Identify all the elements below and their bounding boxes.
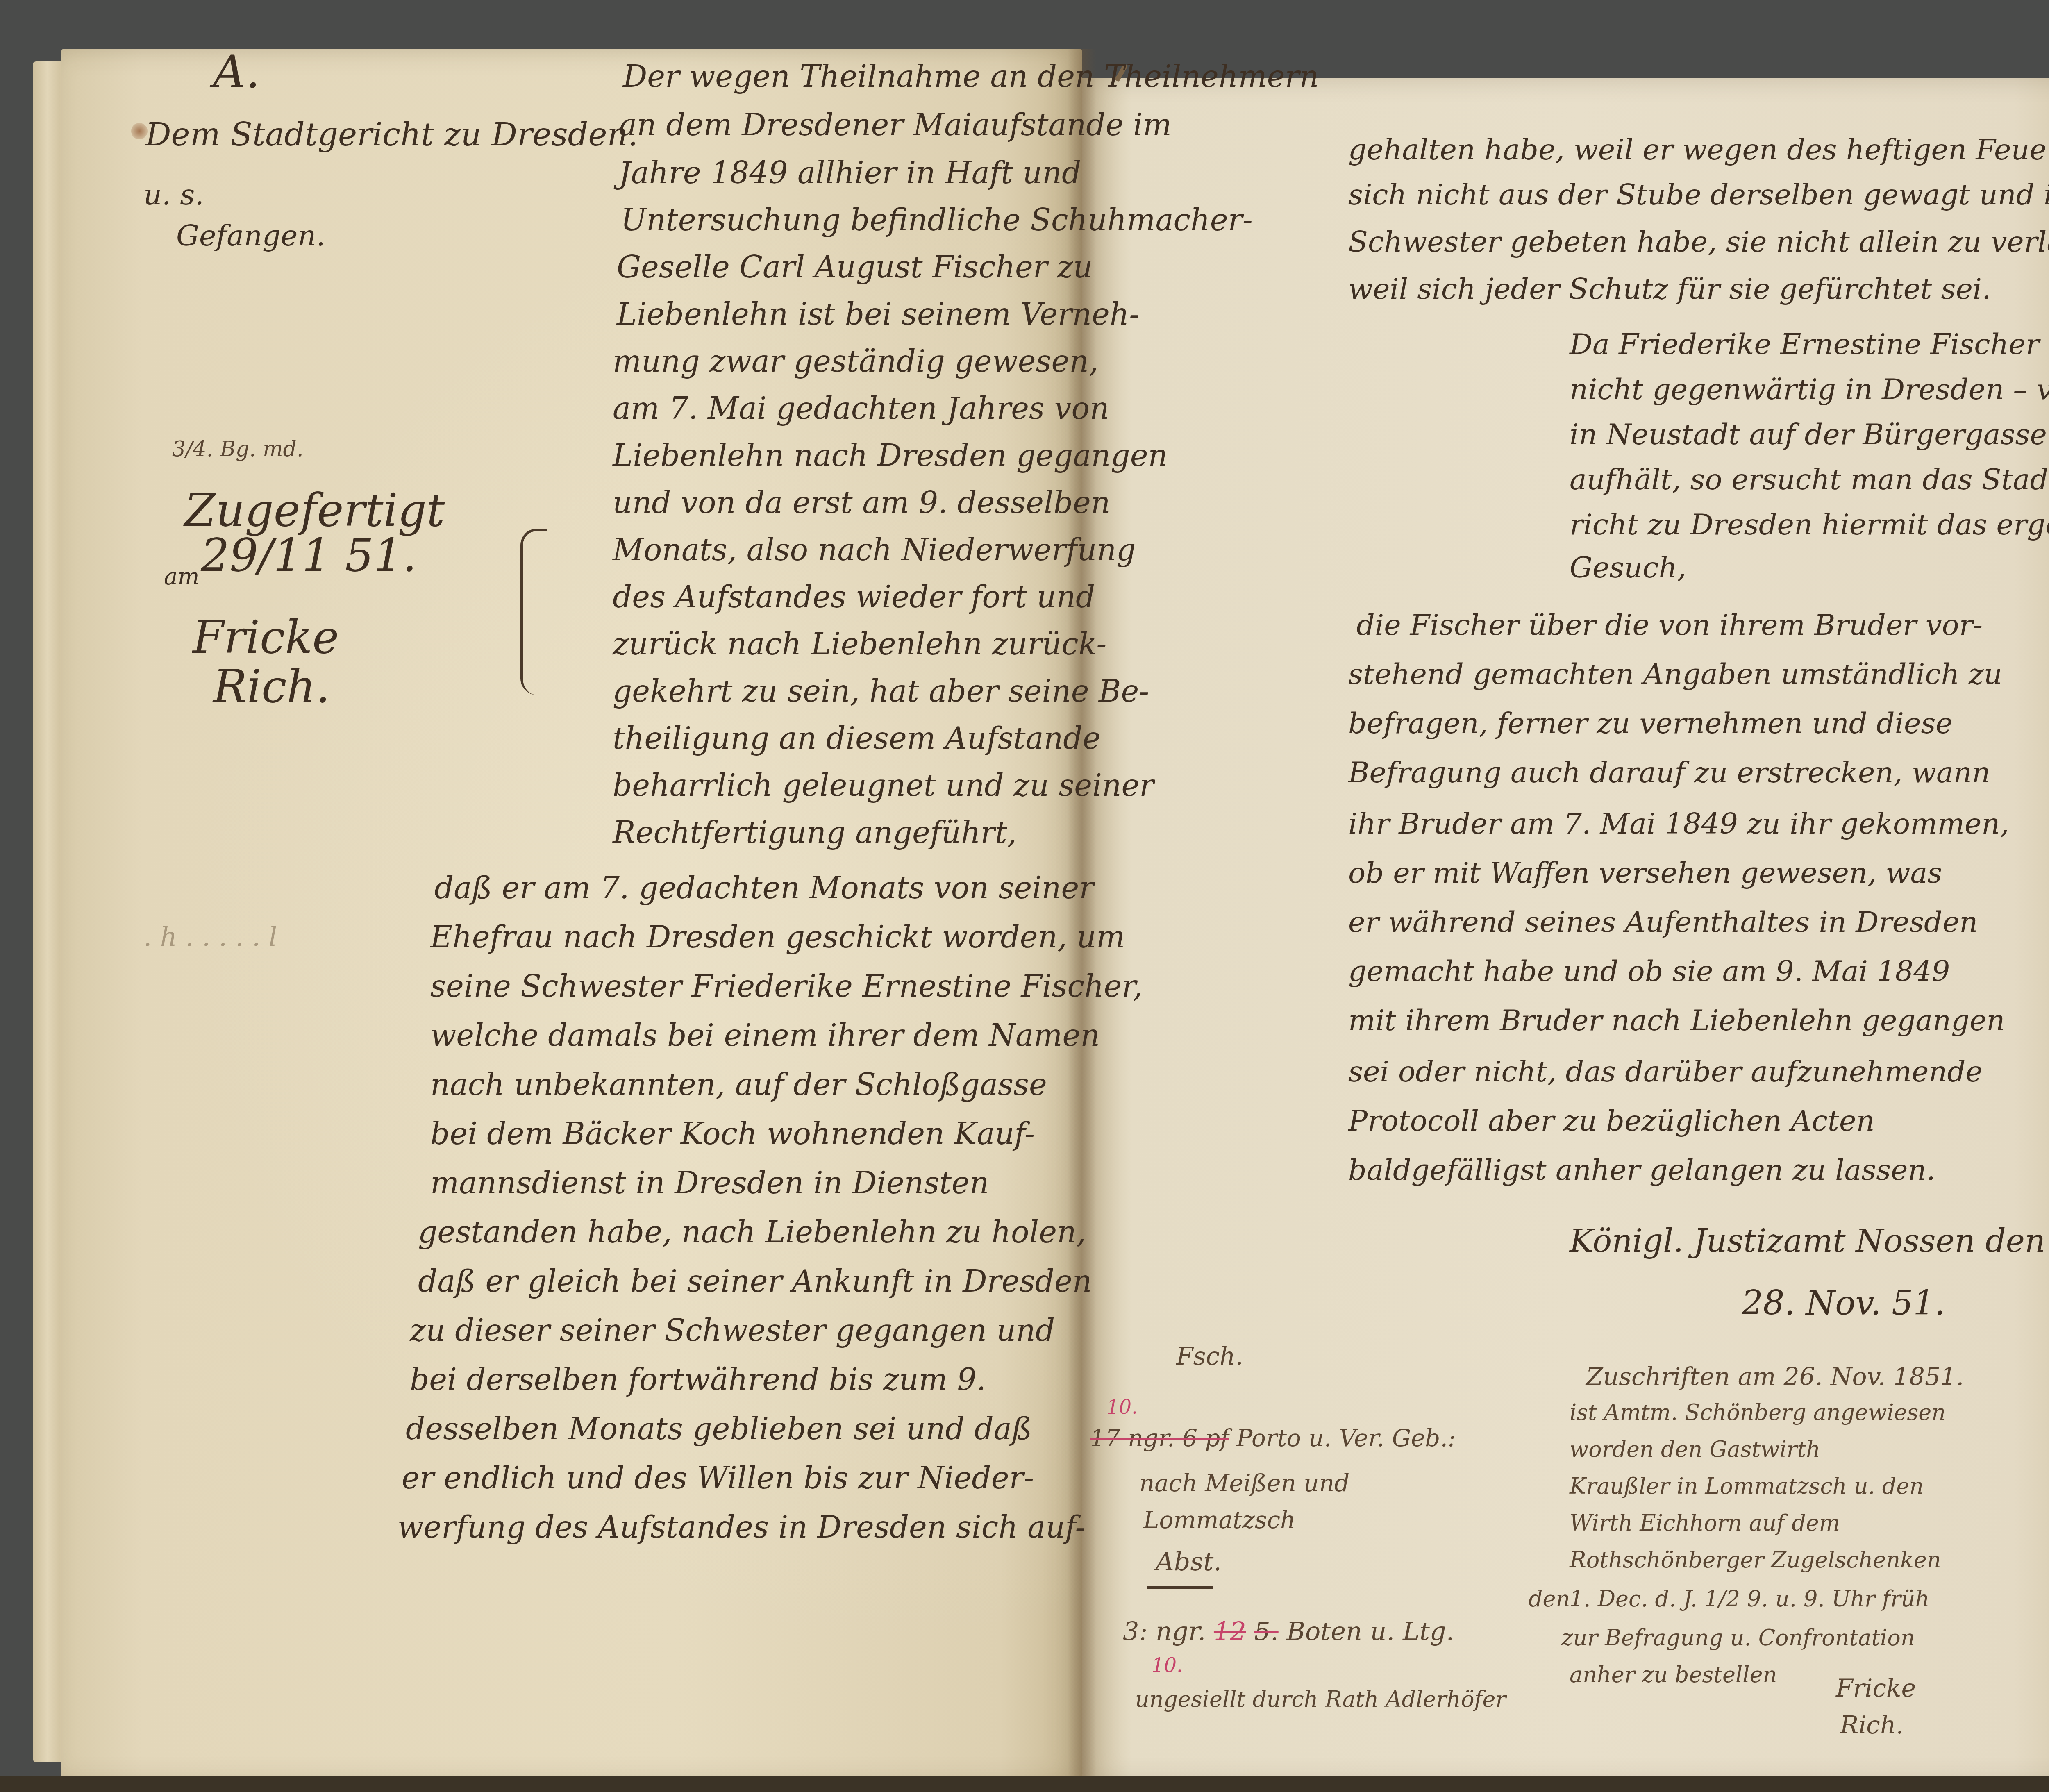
notes-line: ist Amtm. Schönberg angewiesen: [1570, 1401, 1946, 1424]
left-body-line: Untersuchung befindliche Schuhmacher-: [621, 205, 1253, 235]
left-lower-line: bei derselben fortwährend bis zum 9.: [410, 1365, 986, 1395]
right-indented-line: aufhält, so ersucht man das Stadtge-: [1570, 465, 2049, 494]
left-body-line: gekehrt zu sein, hat aber seine Be-: [613, 676, 1149, 706]
fee-rest: Porto u. Ver. Geb.:: [1236, 1424, 1456, 1452]
right-top-line: sich nicht aus der Stube derselben gewag…: [1348, 180, 2049, 209]
fee2-struck: 12: [1214, 1616, 1246, 1646]
right-request-line: ihr Bruder am 7. Mai 1849 zu ihr gekomme…: [1348, 809, 2009, 838]
left-lower-line: mannsdienst in Dresden in Diensten: [430, 1168, 989, 1198]
right-indented-line: nicht gegenwärtig in Dresden – vielmehr: [1570, 375, 2049, 404]
subject: Gefangen.: [176, 221, 325, 250]
left-lower-line: werfung des Aufstandes in Dresden sich a…: [398, 1512, 1086, 1542]
right-indented-line: Da Friederike Ernestine Fischer sich: [1570, 330, 2049, 359]
fee-note-line: nach Meißen und: [1139, 1471, 1349, 1495]
bottom-shadow: [0, 1776, 2049, 1792]
left-body-line: zurück nach Liebenlehn zurück-: [613, 629, 1106, 659]
fee-struck: 17 ngr. 6 pf: [1090, 1424, 1229, 1452]
initial-mark: Fsch.: [1176, 1344, 1243, 1369]
left-lower-line: desselben Monats geblieben sei und daß: [406, 1414, 1032, 1444]
notes-signature-2: Rich.: [1840, 1713, 1904, 1737]
right-request-line: ob er mit Waffen versehen gewesen, was: [1348, 859, 1942, 887]
abbreviation: u. s.: [143, 180, 204, 209]
bottom-note-line: ungesiellt durch Rath Adlerhöfer: [1135, 1688, 1506, 1710]
right-indented-line: in Neustadt auf der Bürgergasse –: [1570, 420, 2049, 449]
notes-line: anher zu bestellen: [1570, 1664, 1777, 1686]
left-body-line: beharrlich geleugnet und zu seiner: [613, 770, 1154, 801]
left-lower-line: daß er gleich bei seiner Ankunft in Dres…: [418, 1266, 1092, 1297]
received-label: Zugefertigt: [184, 488, 445, 533]
fee2-rest: Boten u. Ltg.: [1286, 1616, 1454, 1646]
left-body-line: an dem Dresdener Maiaufstande im: [619, 110, 1172, 140]
signature-underline: [1147, 1586, 1213, 1589]
red-number-top: 10.: [1106, 1397, 1138, 1417]
section-letter: A.: [213, 49, 260, 94]
left-lower-line: zu dieser seiner Schwester gegangen und: [410, 1315, 1055, 1346]
right-request-line: mit ihrem Bruder nach Liebenlehn gegange…: [1348, 1006, 2005, 1035]
right-top-line: Schwester gebeten habe, sie nicht allein…: [1348, 227, 2049, 256]
right-request-line: die Fischer über die von ihrem Bruder vo…: [1356, 611, 1983, 639]
notes-heading: Zuschriften am 26. Nov. 1851.: [1586, 1365, 1964, 1389]
left-body-line: theiligung an diesem Aufstande: [613, 723, 1101, 754]
signature-rich: Rich.: [213, 664, 330, 709]
left-lower-line: seine Schwester Friederike Ernestine Fis…: [430, 971, 1143, 1002]
notes-line: Kraußler in Lommatzsch u. den: [1570, 1475, 1924, 1497]
notes-line: worden den Gastwirth: [1570, 1438, 1820, 1460]
left-body-line: Geselle Carl August Fischer zu: [617, 252, 1093, 282]
paper-stain: [131, 123, 148, 139]
left-body-line: Jahre 1849 allhier in Haft und: [619, 158, 1081, 188]
right-request-line: gemacht habe und ob sie am 9. Mai 1849: [1348, 957, 1950, 986]
fee-note-line: Lommatzsch: [1143, 1508, 1295, 1532]
fee2-prefix: 3: ngr.: [1123, 1616, 1206, 1646]
signature-fricke: Fricke: [193, 615, 339, 660]
left-lower-line: daß er am 7. gedachten Monats von seiner: [434, 873, 1094, 903]
ink-bleed-through: . h . . . . . l: [143, 922, 277, 952]
margin-fraction-note: 3/4. Bg. md.: [172, 438, 303, 460]
right-request-line: sei oder nicht, das darüber aufzunehmend…: [1348, 1057, 1983, 1086]
left-lower-line: Ehefrau nach Dresden geschickt worden, u…: [430, 922, 1125, 952]
right-top-line: weil sich jeder Schutz für sie gefürchte…: [1348, 275, 1991, 303]
right-request-line: baldgefälligst anher gelangen zu lassen.: [1348, 1156, 1935, 1184]
left-lower-line: nach unbekannten, auf der Schloßgasse: [430, 1070, 1047, 1100]
right-top-line: gehalten habe, weil er wegen des heftige…: [1348, 135, 2049, 164]
notes-signature-1: Fricke: [1836, 1676, 1916, 1701]
right-indented-line: Gesuch,: [1570, 553, 1686, 582]
left-body-line: am 7. Mai gedachten Jahres von: [613, 393, 1109, 424]
right-request-line: befragen, ferner zu vernehmen und diese: [1348, 709, 1953, 738]
left-body-line: Liebenlehn nach Dresden gegangen: [613, 441, 1168, 471]
right-request-line: er während seines Aufenthaltes in Dresde…: [1348, 908, 1978, 936]
fee-line: 17 ngr. 6 pf Porto u. Ver. Geb.:: [1090, 1426, 1456, 1450]
bracket-mark: [520, 529, 547, 695]
left-body-line: mung zwar geständig gewesen,: [613, 346, 1099, 377]
right-indented-line: richt zu Dresden hiermit das ergebenste: [1570, 510, 2049, 539]
left-lower-line: bei dem Bäcker Koch wohnenden Kauf-: [430, 1119, 1035, 1149]
closing-place: Königl. Justizamt Nossen den: [1570, 1225, 2045, 1257]
left-body-line: Liebenlehn ist bei seinem Verneh-: [617, 299, 1140, 329]
abst-signature: Abst.: [1156, 1549, 1222, 1574]
fee-line-2: 3: ngr. 12 5. Boten u. Ltg.: [1123, 1619, 1454, 1644]
closing-date: 28. Nov. 51.: [1742, 1287, 1945, 1320]
addressee: Dem Stadtgericht zu Dresden.: [145, 119, 638, 151]
notes-line: zur Befragung u. Confrontation: [1561, 1627, 1915, 1649]
notes-date-prefix: den: [1529, 1588, 1570, 1610]
notes-line: 1. Dec. d. J. 1/2 9. u. 9. Uhr früh: [1570, 1588, 1929, 1610]
fee2-mid-struck: 5.: [1254, 1616, 1279, 1646]
left-body-line: des Aufstandes wieder fort und: [613, 582, 1095, 612]
left-body-line: Monats, also nach Niederwerfung: [613, 535, 1136, 565]
left-lower-line: welche damals bei einem ihrer dem Namen: [430, 1020, 1100, 1051]
left-body-line: Der wegen Theilnahme an den Theilnehmern: [623, 61, 1319, 92]
right-request-line: Protocoll aber zu bezüglichen Acten: [1348, 1106, 1874, 1135]
received-date: 29/11 51.: [201, 533, 417, 578]
red-number-bottom: 10.: [1152, 1656, 1183, 1675]
right-request-line: Befragung auch darauf zu erstrecken, wan…: [1348, 758, 1990, 787]
left-lower-line: er endlich und des Willen bis zur Nieder…: [402, 1463, 1034, 1493]
notes-line: Rothschönberger Zugelschenken: [1570, 1549, 1941, 1571]
left-body-line: Rechtfertigung angeführt,: [613, 818, 1017, 848]
left-lower-line: gestanden habe, nach Liebenlehn zu holen…: [418, 1217, 1086, 1247]
notes-line: Wirth Eichhorn auf dem: [1570, 1512, 1840, 1534]
right-request-line: stehend gemachten Angaben umständlich zu: [1348, 660, 2002, 688]
left-body-line: und von da erst am 9. desselben: [613, 488, 1111, 518]
received-prefix: am: [164, 566, 200, 588]
